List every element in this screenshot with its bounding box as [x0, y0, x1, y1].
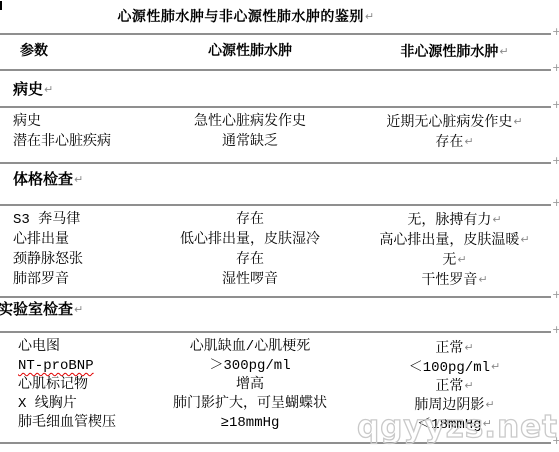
- table-rule: +: [0, 204, 551, 206]
- table-rule: +: [0, 106, 551, 108]
- table-rule: +: [0, 33, 551, 35]
- cell-noncardiogenic: 高心排出量，皮肤温暖↵: [350, 230, 559, 251]
- cell-noncardiogenic: 正常↵: [350, 338, 559, 359]
- cell-cardiogenic: 急性心脏病发作史: [150, 112, 350, 133]
- table-header-row: 参数 心源性肺水肿 非心源性肺水肿↵: [0, 42, 559, 63]
- table-rule: +: [0, 162, 551, 164]
- table-row: 心排出量 低心排出量，皮肤湿冷 高心排出量，皮肤温暖↵: [0, 230, 559, 251]
- table-rule: +: [0, 69, 551, 71]
- cell-cardiogenic: 低心排出量，皮肤湿冷: [150, 230, 350, 251]
- cell-noncardiogenic: 近期无心脏病发作史↵: [350, 112, 559, 133]
- cell-param: 心电图: [0, 338, 150, 359]
- paragraph-mark-icon: ↵: [519, 233, 529, 246]
- cell-param: 病史: [0, 112, 150, 133]
- cell-text: 存在: [435, 135, 463, 151]
- cell-noncardiogenic: 无↵: [350, 250, 559, 271]
- cell-noncardiogenic: ＜100pg/ml↵: [350, 357, 559, 378]
- cell-text: 无: [442, 253, 456, 269]
- table-row: 心肌标记物 增高 正常↵: [0, 376, 559, 397]
- column-header-param: 参数: [0, 42, 150, 63]
- cell-cardiogenic: 肺门影扩大，可呈蝴蝶状: [150, 395, 350, 416]
- document-title: 心源性肺水肿与非心源性肺水肿的鉴别↵: [0, 6, 492, 26]
- table-row: NT-proBNP ＞300pg/ml ＜100pg/ml↵: [0, 357, 559, 378]
- section-heading-text: 病史: [13, 82, 43, 99]
- table-row: S3 奔马律 存在 无，脉搏有力↵: [0, 210, 559, 231]
- section-heading-text: 体格检查: [13, 172, 73, 189]
- cell-noncardiogenic: 存在↵: [350, 132, 559, 153]
- table-row: 心电图 心肌缺血/心肌梗死 正常↵: [0, 338, 559, 359]
- row-end-mark-icon: +: [552, 26, 559, 37]
- cell-noncardiogenic: 正常↵: [350, 376, 559, 397]
- column-header-noncardiogenic: 非心源性肺水肿↵: [350, 42, 559, 63]
- cell-noncardiogenic: 干性罗音↵: [350, 270, 559, 291]
- row-end-mark-icon: +: [552, 62, 559, 73]
- paragraph-mark-icon: ↵: [73, 303, 83, 316]
- paragraph-mark-icon: ↵: [477, 273, 487, 286]
- spellcheck-underlined-text: NT-proBNP: [18, 358, 94, 374]
- cell-cardiogenic: ≥18mmHg: [150, 414, 350, 435]
- row-end-mark-icon: +: [552, 99, 559, 110]
- site-watermark: qgyyzs.net: [357, 407, 558, 447]
- cell-text: ＜100pg/ml: [409, 360, 490, 376]
- paragraph-mark-icon: ↵: [498, 45, 508, 58]
- cell-text: 无，脉搏有力: [407, 213, 491, 229]
- paragraph-mark-icon: ↵: [73, 173, 83, 186]
- column-header-cardiogenic: 心源性肺水肿: [150, 42, 350, 63]
- cell-text: 高心排出量，皮肤温暖: [379, 233, 519, 249]
- cell-param: 颈静脉怒张: [0, 250, 150, 271]
- section-heading-physical-exam: 体格检查↵: [13, 172, 83, 189]
- cell-cardiogenic: 心肌缺血/心肌梗死: [150, 338, 350, 359]
- cell-text: 正常: [435, 379, 463, 395]
- cell-text: 近期无心脏病发作史: [386, 115, 512, 131]
- paragraph-mark-icon: ↵: [364, 10, 375, 23]
- cell-param: S3 奔马律: [0, 210, 150, 231]
- row-end-mark-icon: +: [552, 155, 559, 166]
- cell-cardiogenic: 存在: [150, 250, 350, 271]
- cell-text: 正常: [435, 341, 463, 357]
- table-row: 肺部罗音 湿性啰音 干性罗音↵: [0, 270, 559, 291]
- cell-param: 潜在非心脏疾病: [0, 132, 150, 153]
- row-end-mark-icon: +: [552, 197, 559, 208]
- table-row: 病史 急性心脏病发作史 近期无心脏病发作史↵: [0, 112, 559, 133]
- row-end-mark-icon: +: [552, 324, 559, 335]
- cell-param: 心排出量: [0, 230, 150, 251]
- cell-text: 干性罗音: [421, 273, 477, 289]
- column-header-noncardiogenic-text: 非心源性肺水肿: [400, 45, 498, 61]
- paragraph-mark-icon: ↵: [512, 115, 522, 128]
- document-title-text: 心源性肺水肿与非心源性肺水肿的鉴别: [117, 10, 364, 26]
- cell-param: 肺毛细血管楔压: [0, 414, 150, 435]
- word-document-page: 心源性肺水肿与非心源性肺水肿的鉴别↵ + 参数 心源性肺水肿 非心源性肺水肿↵ …: [0, 0, 559, 452]
- cell-cardiogenic: 湿性啰音: [150, 270, 350, 291]
- section-heading-laboratory: 实验室检查↵: [0, 302, 83, 319]
- paragraph-mark-icon: ↵: [43, 83, 53, 96]
- table-rule: +: [0, 331, 551, 333]
- paragraph-mark-icon: ↵: [463, 135, 473, 148]
- cell-param: 心肌标记物: [0, 376, 150, 397]
- section-heading-text: 实验室检查: [0, 302, 73, 319]
- cell-param: X 线胸片: [0, 395, 150, 416]
- cell-param: NT-proBNP: [0, 357, 150, 378]
- table-row: 潜在非心脏疾病 通常缺乏 存在↵: [0, 132, 559, 153]
- cell-cardiogenic: 通常缺乏: [150, 132, 350, 153]
- table-rule: +: [0, 296, 551, 298]
- paragraph-mark-icon: ↵: [490, 360, 500, 373]
- paragraph-mark-icon: ↵: [463, 341, 473, 354]
- paragraph-mark-icon: ↵: [491, 213, 501, 226]
- cell-cardiogenic: 增高: [150, 376, 350, 397]
- table-row: 颈静脉怒张 存在 无↵: [0, 250, 559, 271]
- cell-cardiogenic: ＞300pg/ml: [150, 357, 350, 378]
- paragraph-mark-icon: ↵: [463, 379, 473, 392]
- section-heading-history: 病史↵: [13, 82, 53, 99]
- cell-cardiogenic: 存在: [150, 210, 350, 231]
- cell-param: 肺部罗音: [0, 270, 150, 291]
- row-end-mark-icon: +: [552, 289, 559, 300]
- cell-noncardiogenic: 无，脉搏有力↵: [350, 210, 559, 231]
- paragraph-mark-icon: ↵: [456, 253, 466, 266]
